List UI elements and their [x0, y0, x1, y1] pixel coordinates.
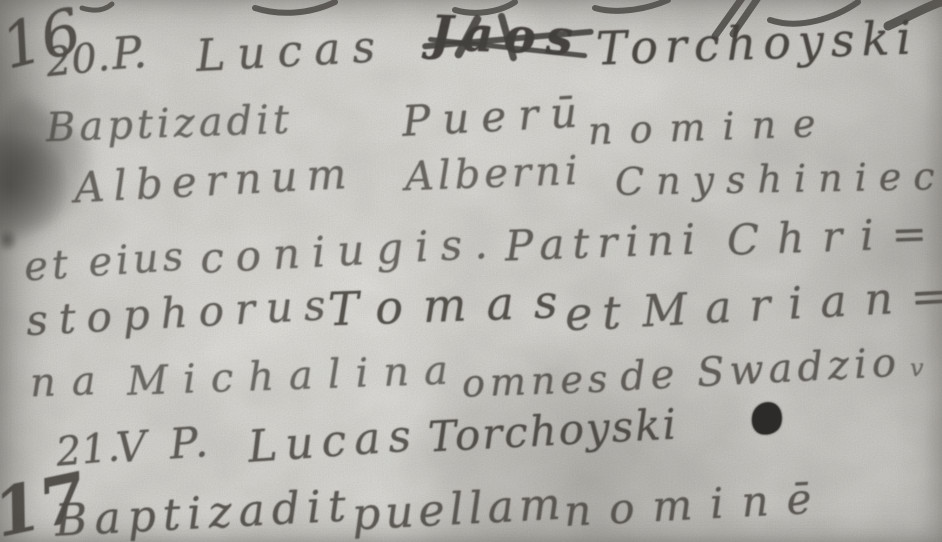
word-father-surname: Cnyshiniec [615, 157, 942, 201]
word-nomine-2: nominē [563, 477, 830, 533]
word-omnes: omnes [461, 359, 613, 402]
word-child-name: Albernum [73, 153, 356, 210]
word-chri-hyphenated: Chri= [726, 212, 942, 262]
word-puerum: Puerū [401, 91, 590, 143]
word-et-eius: et eius [23, 236, 189, 287]
word-de-village: de Swadzio [619, 343, 902, 398]
word-day-20: 20. [44, 37, 111, 83]
struck-out-word: Jaos [429, 9, 583, 62]
word-na: na [29, 361, 112, 404]
word-baptizavit: Baptizadit [45, 100, 293, 149]
word-priest-first-name: Lucas [195, 25, 388, 79]
word-marian-hyphenated: Marian= [641, 274, 942, 335]
word-patrini: Patrini [504, 219, 704, 268]
word-tomas: Tomas [327, 278, 578, 333]
word-priest-surname: Torchoyski [595, 14, 918, 71]
ink-blot [748, 399, 786, 439]
word-baptizavit-2: Baptizadit [54, 484, 354, 542]
handwriting-layer: 16 20. P. Lucas Jaos Torchoyski Baptizad… [0, 0, 942, 542]
word-et: et [564, 289, 631, 337]
word-priest-surname-2: Torchoyski [427, 403, 679, 458]
manuscript-page: 16 20. P. Lucas Jaos Torchoyski Baptizad… [0, 0, 942, 542]
word-priest-title: P. [111, 31, 149, 77]
word-stophorus: stophorus [25, 284, 337, 342]
word-priest-first-name-2: Lucas [247, 414, 421, 470]
flourish-mark: v [910, 356, 924, 380]
word-nomine: nomine [587, 104, 833, 151]
word-michalina: Michalina [126, 350, 463, 402]
word-father-name: Alberni [404, 151, 582, 197]
word-coniugis: coniugis. [199, 222, 500, 280]
word-abbrev-vp: V P. [115, 421, 214, 470]
word-puellam: puellam [351, 482, 567, 537]
